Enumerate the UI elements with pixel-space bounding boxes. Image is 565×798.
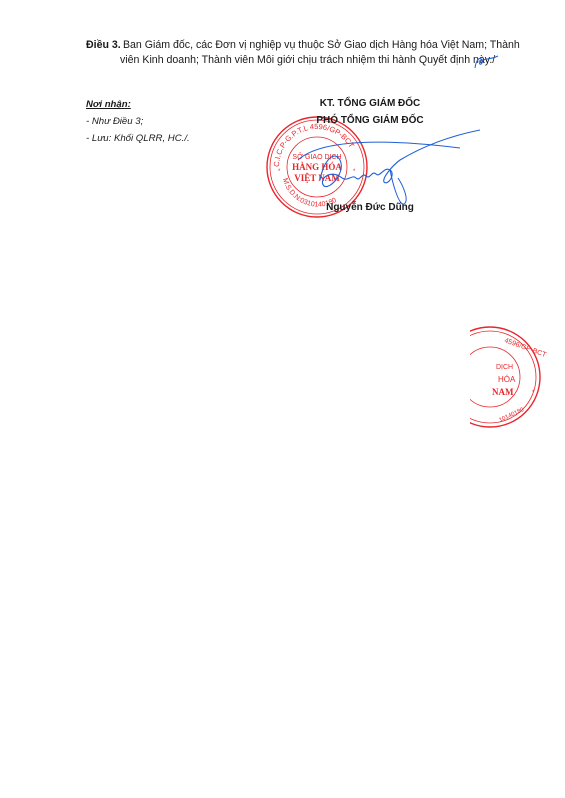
- svg-text:*: *: [278, 169, 281, 175]
- partial-stamp-icon: 4596/GP-BCT DỊCH HÓA NAM 10140180 *: [470, 322, 560, 432]
- article-3: Điều 3. Ban Giám đốc, các Đơn vị nghiệp …: [86, 38, 526, 68]
- article-text-line2: viên Kinh doanh; Thành viên Môi giới chị…: [86, 53, 526, 68]
- partial-stamp-line1: DỊCH: [496, 364, 513, 371]
- partial-stamp-line2: HÓA: [498, 375, 516, 384]
- partial-stamp-outer-text: 4596/GP-BCT: [503, 337, 547, 359]
- recipient-item: - Như Điều 3;: [86, 116, 190, 127]
- recipients-title: Nơi nhận:: [86, 99, 190, 110]
- article-label: Điều 3.: [86, 38, 120, 53]
- recipients-section: Nơi nhận: - Như Điều 3; - Lưu: Khối QLRR…: [86, 99, 190, 150]
- signer-name: Nguyễn Đức Dũng: [300, 202, 440, 213]
- partial-stamp-line3: NAM: [492, 387, 514, 397]
- svg-text:*: *: [532, 390, 535, 396]
- recipient-item: - Lưu: Khối QLRR, HC./.: [86, 133, 190, 144]
- initial-signature-icon: [472, 50, 502, 72]
- article-text-line1: Ban Giám đốc, các Đơn vị nghiệp vụ thuộc…: [123, 39, 520, 51]
- signature-title-1: KT. TỔNG GIÁM ĐỐC: [300, 98, 440, 109]
